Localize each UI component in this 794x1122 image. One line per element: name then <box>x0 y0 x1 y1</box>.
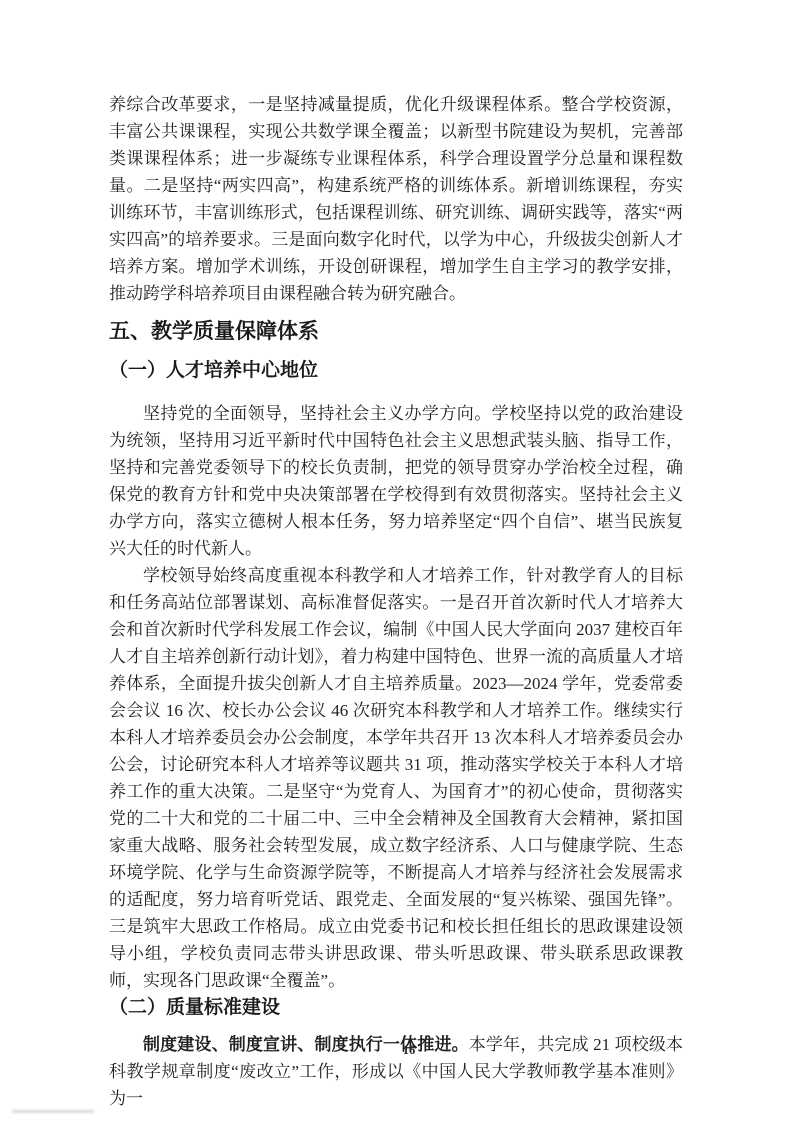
section-heading: 五、教学质量保障体系 <box>109 317 683 347</box>
subsection-heading-2: （二）质量标准建设 <box>109 994 683 1022</box>
page-number: 16 <box>12 1042 794 1058</box>
intro-continuation-paragraph: 养综合改革要求，一是坚持减量提质，优化升级课程体系。整合学校资源，丰富公共课课程… <box>109 91 683 307</box>
paragraph-1: 坚持党的全面领导，坚持社会主义办学方向。学校坚持以党的政治建设为统领，坚持用习近… <box>109 400 683 562</box>
subsection-heading-1: （一）人才培养中心地位 <box>109 357 683 385</box>
scan-shadow-mark <box>12 1110 94 1113</box>
paragraph-2: 学校领导始终高度重视本科教学和人才培养工作，针对教学育人的目标和任务高站位部署谋… <box>109 562 683 994</box>
document-page: 养综合改革要求，一是坚持减量提质，优化升级课程体系。整合学校资源，丰富公共课课程… <box>0 0 794 1122</box>
